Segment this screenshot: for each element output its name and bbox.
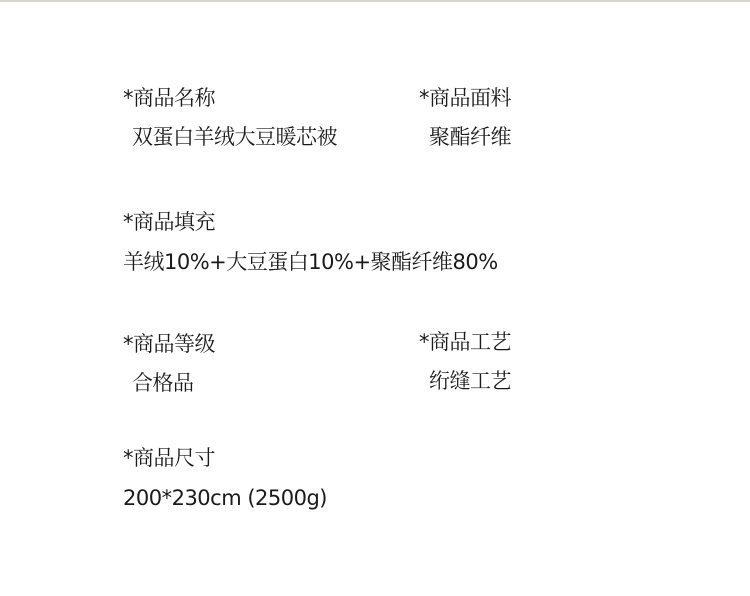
product-grade-label: *商品等级	[123, 332, 215, 356]
top-divider	[0, 0, 750, 2]
product-filling-label: *商品填充	[123, 210, 215, 234]
product-size-value: 200*230cm (2500g)	[123, 486, 327, 510]
product-filling-value: 羊绒10%+大豆蛋白10%+聚酯纤维80%	[123, 250, 498, 274]
product-name-label: *商品名称	[123, 86, 215, 110]
product-grade-value: 合格品	[132, 371, 194, 395]
product-fabric-label: *商品面料	[419, 86, 511, 110]
product-craft-value: 绗缝工艺	[429, 369, 511, 393]
product-name-value: 双蛋白羊绒大豆暖芯被	[132, 125, 337, 149]
product-fabric-value: 聚酯纤维	[429, 125, 511, 149]
product-size-label: *商品尺寸	[123, 446, 215, 470]
product-craft-label: *商品工艺	[419, 330, 511, 354]
